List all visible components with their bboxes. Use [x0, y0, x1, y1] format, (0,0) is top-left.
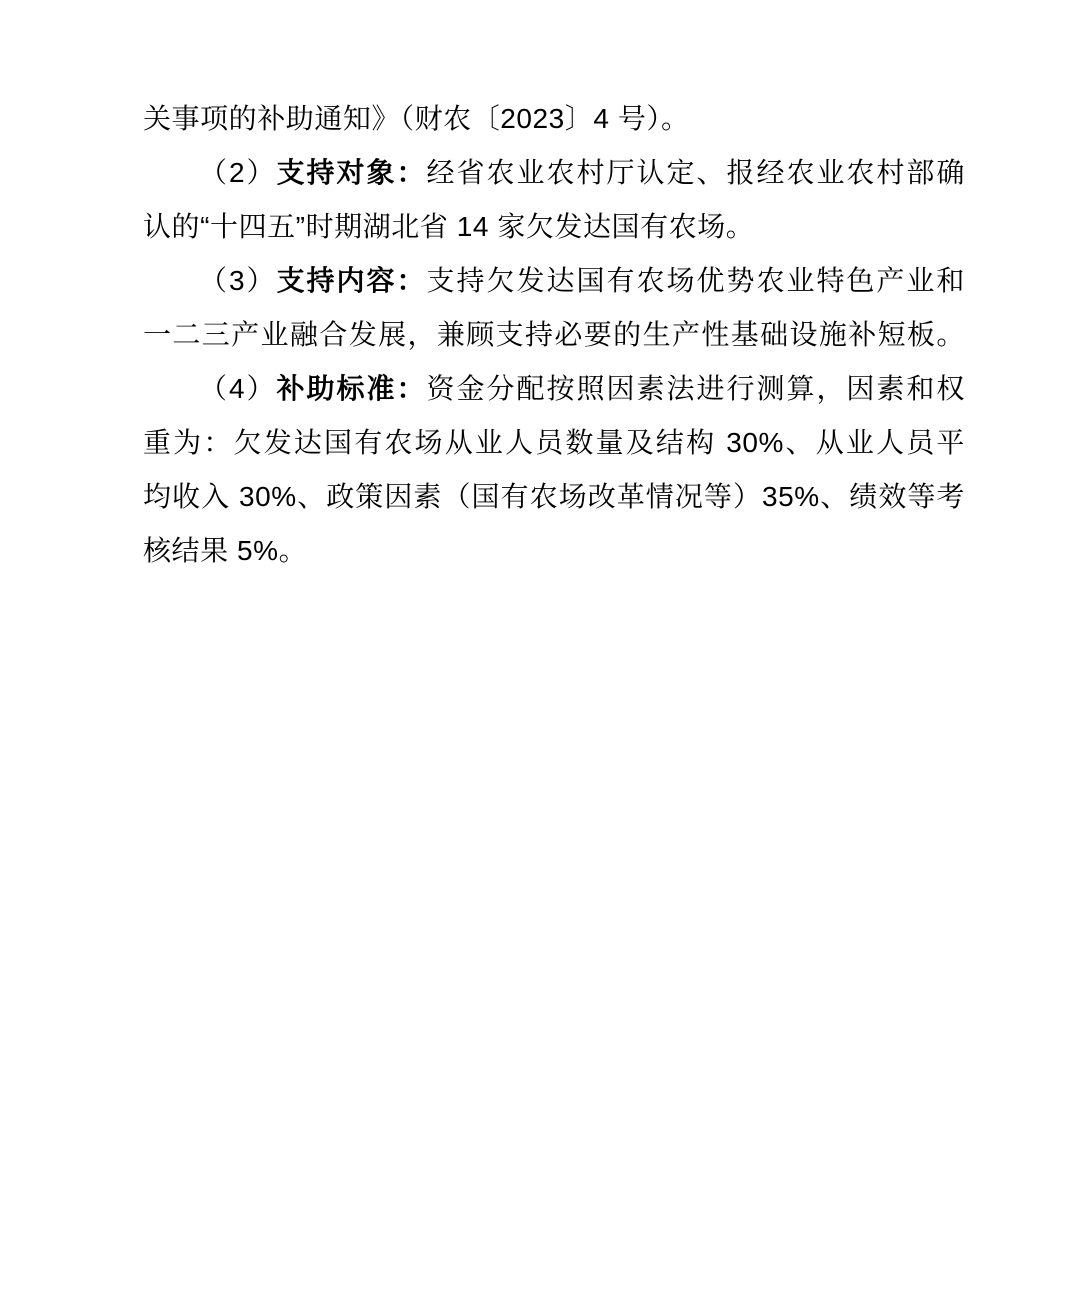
text-segment: 核结果 5%。 — [143, 535, 307, 566]
bold-label-segment: 补助标准： — [277, 373, 427, 404]
text-line: 均收入 30%、政策因素（国有农场改革情况等）35%、绩效等考 — [143, 470, 965, 524]
bold-label-segment: 支持对象： — [277, 157, 427, 188]
text-segment: 经省农业农村厅认定、报经农业农村部确 — [427, 157, 965, 188]
text-line: 关事项的补助通知》（财农〔2023〕4 号）。 — [143, 92, 965, 146]
text-segment: （3） — [199, 265, 277, 296]
document-text-block: 关事项的补助通知》（财农〔2023〕4 号）。（2）支持对象：经省农业农村厅认定… — [143, 92, 965, 578]
text-segment: 均收入 30%、政策因素（国有农场改革情况等）35%、绩效等考 — [143, 481, 965, 512]
text-segment: 一二三产业融合发展，兼顾支持必要的生产性基础设施补短板。 — [143, 319, 965, 350]
text-segment: 支持欠发达国有农场优势农业特色产业和 — [427, 265, 965, 296]
text-line: 重为：欠发达国有农场从业人员数量及结构 30%、从业人员平 — [143, 416, 965, 470]
text-segment: 资金分配按照因素法进行测算，因素和权 — [427, 373, 965, 404]
text-line: 一二三产业融合发展，兼顾支持必要的生产性基础设施补短板。 — [143, 308, 965, 362]
text-segment: （4） — [199, 373, 277, 404]
bold-label-segment: 支持内容： — [277, 265, 427, 296]
text-line: 核结果 5%。 — [143, 524, 965, 578]
text-segment: 重为：欠发达国有农场从业人员数量及结构 30%、从业人员平 — [143, 427, 965, 458]
text-line: （3）支持内容：支持欠发达国有农场优势农业特色产业和 — [143, 254, 965, 308]
text-line: 认的“十四五”时期湖北省 14 家欠发达国有农场。 — [143, 200, 965, 254]
text-segment: 关事项的补助通知》（财农〔2023〕4 号）。 — [143, 103, 690, 134]
document-page: 关事项的补助通知》（财农〔2023〕4 号）。（2）支持对象：经省农业农村厅认定… — [0, 0, 1068, 1296]
text-segment: 认的“十四五”时期湖北省 14 家欠发达国有农场。 — [143, 211, 754, 242]
text-segment: （2） — [199, 157, 277, 188]
text-line: （2）支持对象：经省农业农村厅认定、报经农业农村部确 — [143, 146, 965, 200]
text-line: （4）补助标准：资金分配按照因素法进行测算，因素和权 — [143, 362, 965, 416]
